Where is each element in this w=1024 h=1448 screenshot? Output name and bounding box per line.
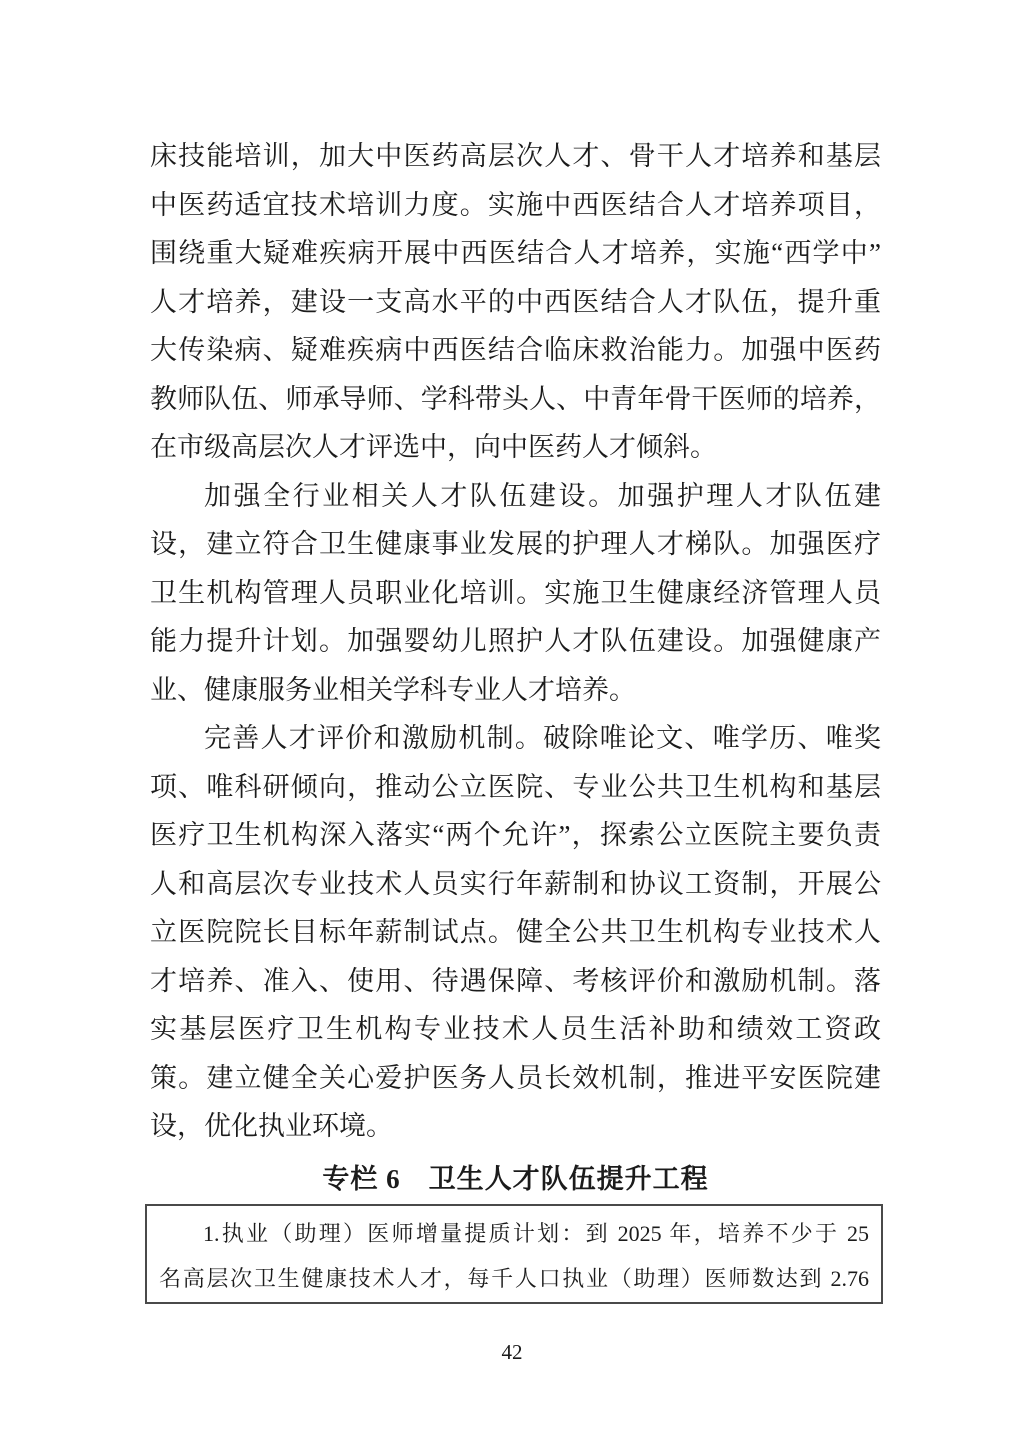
text-line: 项、唯科研倾向，推动公立医院、专业公共卫生机构和基层 [150, 763, 881, 812]
text-line: 加强全行业相关人才队伍建设。加强护理人才队伍建 [150, 472, 881, 521]
text-line: 围绕重大疑难疾病开展中西医结合人才培养，实施“西学中” [150, 229, 881, 278]
text-line: 卫生机构管理人员职业化培训。实施卫生健康经济管理人员 [150, 569, 881, 618]
panel-text-line: 1.执业（助理）医师增量提质计划：到 2025 年，培养不少于 25 [159, 1211, 869, 1256]
text-line: 医疗卫生机构深入落实“两个允许”，探索公立医院主要负责 [150, 811, 881, 860]
text-line: 人和高层次专业技术人员实行年薪制和协议工资制，开展公 [150, 860, 881, 909]
page-number: 42 [0, 1340, 1024, 1365]
document-page: 床技能培训，加大中医药高层次人才、骨干人才培养和基层 中医药适宜技术培训力度。实… [0, 0, 1024, 1448]
text-line: 大传染病、疑难疾病中西医结合临床救治能力。加强中医药 [150, 326, 881, 375]
paragraph-related-talent-teams: 加强全行业相关人才队伍建设。加强护理人才队伍建 设，建立符合卫生健康事业发展的护… [150, 472, 881, 715]
text-line: 在市级高层次人才评选中，向中医药人才倾斜。 [150, 423, 881, 472]
paragraph-tcm-talent: 床技能培训，加大中医药高层次人才、骨干人才培养和基层 中医药适宜技术培训力度。实… [150, 132, 881, 472]
panel-title: 专栏 6 卫生人才队伍提升工程 [150, 1154, 881, 1204]
special-column-panel: 1.执业（助理）医师增量提质计划：到 2025 年，培养不少于 25 名高层次卫… [145, 1204, 883, 1304]
text-line: 才培养、准入、使用、待遇保障、考核评价和激励机制。落 [150, 957, 881, 1006]
text-line: 立医院院长目标年薪制试点。健全公共卫生机构专业技术人 [150, 908, 881, 957]
text-block: 床技能培训，加大中医药高层次人才、骨干人才培养和基层 中医药适宜技术培训力度。实… [150, 132, 881, 1304]
text-line: 实基层医疗卫生机构专业技术人员生活补助和绩效工资政 [150, 1005, 881, 1054]
text-line: 教师队伍、师承导师、学科带头人、中青年骨干医师的培养， [150, 375, 881, 424]
text-line: 人才培养，建设一支高水平的中西医结合人才队伍，提升重 [150, 278, 881, 327]
text-line: 能力提升计划。加强婴幼儿照护人才队伍建设。加强健康产 [150, 617, 881, 666]
panel-text-line: 名高层次卫生健康技术人才，每千人口执业（助理）医师数达到 2.76 [159, 1256, 869, 1301]
text-line: 床技能培训，加大中医药高层次人才、骨干人才培养和基层 [150, 132, 881, 181]
text-line: 策。建立健全关心爱护医务人员长效机制，推进平安医院建 [150, 1054, 881, 1103]
text-line: 完善人才评价和激励机制。破除唯论文、唯学历、唯奖 [150, 714, 881, 763]
text-line: 业、健康服务业相关学科专业人才培养。 [150, 666, 881, 715]
paragraph-talent-evaluation-incentives: 完善人才评价和激励机制。破除唯论文、唯学历、唯奖 项、唯科研倾向，推动公立医院、… [150, 714, 881, 1151]
text-line: 设，建立符合卫生健康事业发展的护理人才梯队。加强医疗 [150, 520, 881, 569]
text-line: 设，优化执业环境。 [150, 1102, 881, 1151]
text-line: 中医药适宜技术培训力度。实施中西医结合人才培养项目， [150, 181, 881, 230]
